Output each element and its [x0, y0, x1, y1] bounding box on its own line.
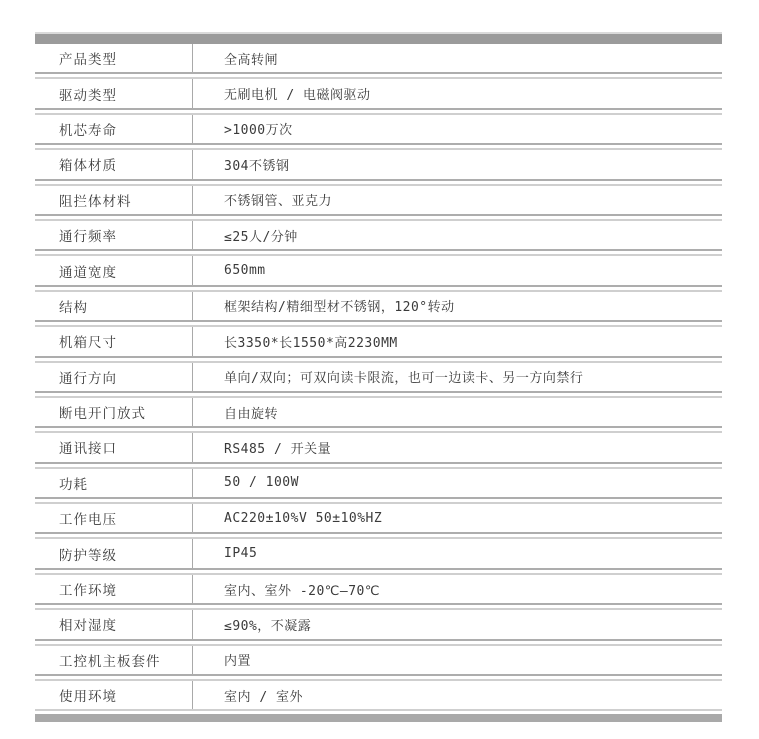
row-separator — [35, 674, 722, 681]
row-separator — [35, 72, 722, 79]
spec-value: 650mm — [192, 256, 722, 284]
spec-value: 室内 / 室外 — [192, 681, 722, 709]
spec-value: 自由旋转 — [192, 398, 722, 426]
table-row: 机箱尺寸 长3350*长1550*高2230MM — [35, 327, 722, 355]
spec-label: 通行方向 — [35, 363, 192, 391]
table-row: 使用环境 室内 / 室外 — [35, 681, 722, 709]
row-separator — [35, 603, 722, 610]
spec-label: 阻拦体材料 — [35, 186, 192, 214]
spec-value: 框架结构/精细型材不锈钢，120°转动 — [192, 292, 722, 320]
spec-label: 箱体材质 — [35, 150, 192, 178]
table-row: 防护等级 IP45 — [35, 539, 722, 567]
spec-label: 相对湿度 — [35, 610, 192, 638]
spec-value: RS485 / 开关量 — [192, 433, 722, 461]
spec-label: 通行频率 — [35, 221, 192, 249]
spec-value: 无刷电机 / 电磁阀驱动 — [192, 79, 722, 107]
spec-value: IP45 — [192, 539, 722, 567]
spec-value: 内置 — [192, 646, 722, 674]
spec-value: ≤90%，不凝露 — [192, 610, 722, 638]
row-separator — [35, 497, 722, 504]
table-row: 相对湿度 ≤90%，不凝露 — [35, 610, 722, 638]
table-row: 箱体材质 304不锈钢 — [35, 150, 722, 178]
table-row: 功耗 50 / 100W — [35, 469, 722, 497]
row-separator — [35, 568, 722, 575]
table-row: 工控机主板套件 内置 — [35, 646, 722, 674]
table-row: 工作环境 室内、室外 -20℃—70℃ — [35, 575, 722, 603]
row-separator — [35, 249, 722, 256]
row-separator — [35, 356, 722, 363]
row-separator — [35, 179, 722, 186]
spec-label: 结构 — [35, 292, 192, 320]
row-separator — [35, 532, 722, 539]
spec-value: 室内、室外 -20℃—70℃ — [192, 575, 722, 603]
row-separator — [35, 143, 722, 150]
table-row: 机芯寿命 >1000万次 — [35, 115, 722, 143]
table-row: 通道宽度 650mm — [35, 256, 722, 284]
row-separator — [35, 214, 722, 221]
spec-value: AC220±10%V 50±10%HZ — [192, 504, 722, 532]
row-separator — [35, 391, 722, 398]
spec-label: 机芯寿命 — [35, 115, 192, 143]
spec-label: 工控机主板套件 — [35, 646, 192, 674]
spec-table: 产品类型 全高转闸 驱动类型 无刷电机 / 电磁阀驱动 机芯寿命 >1000万次… — [35, 32, 722, 722]
spec-label: 使用环境 — [35, 681, 192, 709]
table-row: 断电开门放式 自由旋转 — [35, 398, 722, 426]
spec-label: 驱动类型 — [35, 79, 192, 107]
spec-value: 全高转闸 — [192, 44, 722, 72]
spec-label: 断电开门放式 — [35, 398, 192, 426]
spec-label: 产品类型 — [35, 44, 192, 72]
spec-label: 机箱尺寸 — [35, 327, 192, 355]
spec-label: 通讯接口 — [35, 433, 192, 461]
spec-value: ≤25人/分钟 — [192, 221, 722, 249]
spec-value: >1000万次 — [192, 115, 722, 143]
spec-value: 长3350*长1550*高2230MM — [192, 327, 722, 355]
table-row: 工作电压 AC220±10%V 50±10%HZ — [35, 504, 722, 532]
table-bottom-bar — [35, 714, 722, 722]
table-row: 产品类型 全高转闸 — [35, 44, 722, 72]
table-row: 通讯接口 RS485 / 开关量 — [35, 433, 722, 461]
spec-value: 50 / 100W — [192, 469, 722, 497]
spec-value: 304不锈钢 — [192, 150, 722, 178]
row-separator — [35, 639, 722, 646]
table-row: 通行频率 ≤25人/分钟 — [35, 221, 722, 249]
row-separator — [35, 285, 722, 292]
spec-value: 不锈钢管、亚克力 — [192, 186, 722, 214]
spec-value: 单向/双向；可双向读卡限流，也可一边读卡、另一方向禁行 — [192, 363, 722, 391]
table-row: 阻拦体材料 不锈钢管、亚克力 — [35, 186, 722, 214]
row-separator — [35, 462, 722, 469]
row-separator — [35, 108, 722, 115]
spec-label: 工作电压 — [35, 504, 192, 532]
row-separator — [35, 320, 722, 327]
spec-label: 工作环境 — [35, 575, 192, 603]
spec-label: 防护等级 — [35, 539, 192, 567]
table-row: 驱动类型 无刷电机 / 电磁阀驱动 — [35, 79, 722, 107]
row-separator — [35, 426, 722, 433]
spec-label: 通道宽度 — [35, 256, 192, 284]
table-row: 通行方向 单向/双向；可双向读卡限流，也可一边读卡、另一方向禁行 — [35, 363, 722, 391]
table-top-bar — [35, 32, 722, 44]
table-row: 结构 框架结构/精细型材不锈钢，120°转动 — [35, 292, 722, 320]
table-bottom-rule — [35, 709, 722, 711]
table-rows: 产品类型 全高转闸 驱动类型 无刷电机 / 电磁阀驱动 机芯寿命 >1000万次… — [35, 44, 722, 709]
spec-label: 功耗 — [35, 469, 192, 497]
page: 产品类型 全高转闸 驱动类型 无刷电机 / 电磁阀驱动 机芯寿命 >1000万次… — [0, 0, 759, 739]
